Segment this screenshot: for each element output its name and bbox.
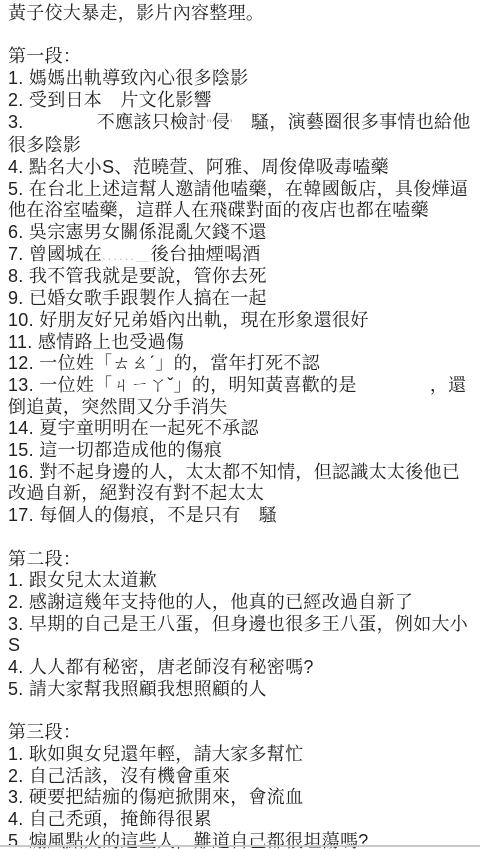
document-title: 黃子佼大暴走，影片內容整理。 — [8, 3, 474, 25]
text-line: 4. 點名大小S、范曉萱、阿雅、周俊偉吸毒嗑藥 — [8, 157, 474, 179]
text-line: 4. 自己禿頭，掩飾得很累 — [8, 809, 474, 831]
text-segment: 後台抽煙喝酒 — [151, 244, 261, 264]
text-line: 14. 夏宇童明明在一起死不承認 — [8, 418, 474, 440]
text-segment: 1. 耿如與女兒還年輕，請大家多幫忙 — [8, 744, 303, 764]
text-line: 2. 自己活該，沒有機會重來 — [8, 766, 474, 788]
text-segment: 4. 點名大小S、范曉萱、阿雅、周俊偉吸毒嗑藥 — [8, 157, 389, 177]
text-segment: 12. 一位姓「ㄊㄠˊ」的，當年打死不認 — [8, 353, 320, 373]
text-segment: 4. 人人都有秘密，唐老師沒有秘密嗎? — [8, 657, 314, 677]
text-segment: 4. 自己禿頭，掩飾得很累 — [8, 809, 212, 829]
text-segment: 10. 好朋友好兄弟婚內出軌，現在形象還很好 — [8, 310, 369, 330]
text-line: 2. 受到日本 片文化影響 — [8, 90, 474, 112]
text-line: 5. 在台北上述這幫人邀請他嗑藥，在韓國飯店，具俊燁逼他在浴室嗑藥，這群人在飛碟… — [8, 179, 474, 222]
text-line: 8. 我不管我就是要說，管你去死 — [8, 266, 474, 288]
text-line: 3. 硬要把結痂的傷疤掀開來，會流血 — [8, 787, 474, 809]
text-segment: 2. 自己活該，沒有機會重來 — [8, 766, 230, 786]
text-segment: 1. 媽媽出軌導致內心很多陰影 — [8, 68, 249, 88]
text-line: 6. 吳宗憲男女關係混亂欠錢不還 — [8, 222, 474, 244]
text-segment: 侵 — [212, 112, 230, 132]
text-line: 7. 曾國城在......＿後台抽煙喝酒 — [8, 244, 474, 267]
redacted-text: ......＿ — [102, 248, 151, 263]
section-heading-2: 第二段： — [8, 549, 474, 571]
text-segment: 5. 請大家幫我照顧我想照顧的人 — [8, 679, 267, 699]
text-segment: 11. 感情路上也受過傷 — [8, 332, 184, 352]
text-document: 黃子佼大暴走，影片內容整理。 第一段：1. 媽媽出軌導致內心很多陰影2. 受到日… — [0, 0, 480, 849]
text-line: 1. 媽媽出軌導致內心很多陰影 — [8, 68, 474, 90]
text-line: 9. 已婚女歌手跟製作人搞在一起 — [8, 288, 474, 310]
text-segment: 5. 在台北上述這幫人邀請他嗑藥，在韓國飯店，具俊燁逼他在浴室嗑藥，這群人在飛碟… — [8, 179, 468, 221]
text-segment: 3. 早期的自己是王八蛋，但身邊也很多王八蛋，例如大小S — [8, 614, 468, 656]
text-line: 12. 一位姓「ㄊㄠˊ」的，當年打死不認 — [8, 353, 474, 375]
text-segment: 15. 這一切都造成他的傷痕 — [8, 440, 222, 460]
section-heading-1: 第一段： — [8, 46, 474, 68]
text-segment: 1. 跟女兒太太道歉 — [8, 570, 157, 590]
document-sections: 第一段：1. 媽媽出軌導致內心很多陰影2. 受到日本 片文化影響3. 不應該只檢… — [8, 46, 474, 849]
text-segment: 13. 一位姓「ㄐㄧㄚˇ」的，明知黃喜歡的是 ，還倒追黃，突然間又分手消失 — [8, 375, 466, 417]
text-line: 1. 耿如與女兒還年輕，請大家多幫忙 — [8, 744, 474, 766]
text-segment: 6. 吳宗憲男女關係混亂欠錢不還 — [8, 222, 267, 242]
text-segment: 17. 每個人的傷痕，不是只有 騷 — [8, 505, 277, 525]
section-heading-3: 第三段： — [8, 722, 474, 744]
text-line: 11. 感情路上也受過傷 — [8, 332, 474, 354]
text-line: 2. 感謝這幾年支持他的人，他真的已經改過自新了 — [8, 592, 474, 614]
text-line: 17. 每個人的傷痕，不是只有 騷 — [8, 505, 474, 527]
text-segment: 9. 已婚女歌手跟製作人搞在一起 — [8, 288, 267, 308]
text-segment: 16. 對不起身邊的人，太太都不知情，但認識太太後他已改過自新，絕對沒有對不起太… — [8, 462, 460, 504]
text-line: 1. 跟女兒太太道歉 — [8, 570, 474, 592]
text-segment: 3. 不應該只檢討 — [8, 112, 207, 132]
text-line: 5. 請大家幫我照顧我想照顧的人 — [8, 679, 474, 701]
text-line: 10. 好朋友好兄弟婚內出軌，現在形象還很好 — [8, 310, 474, 332]
text-line: 13. 一位姓「ㄐㄧㄚˇ」的，明知黃喜歡的是 ，還倒追黃，突然間又分手消失 — [8, 375, 474, 418]
text-segment: 2. 受到日本 片文化影響 — [8, 90, 212, 110]
text-line: 3. 不應該只檢討''侵' 騷，演藝圈很多事情也給他很多陰影 — [8, 112, 474, 157]
text-line: 4. 人人都有秘密，唐老師沒有秘密嗎? — [8, 657, 474, 679]
text-segment: 3. 硬要把結痂的傷疤掀開來，會流血 — [8, 787, 303, 807]
bottom-divider — [0, 845, 480, 847]
text-line: 15. 這一切都造成他的傷痕 — [8, 440, 474, 462]
text-segment: 8. 我不管我就是要說，管你去死 — [8, 266, 267, 286]
text-segment: 7. 曾國城在 — [8, 244, 102, 264]
text-segment: 14. 夏宇童明明在一起死不承認 — [8, 418, 259, 438]
text-segment: 2. 感謝這幾年支持他的人，他真的已經改過自新了 — [8, 592, 413, 612]
text-line: 16. 對不起身邊的人，太太都不知情，但認識太太後他已改過自新，絕對沒有對不起太… — [8, 462, 474, 505]
text-line: 3. 早期的自己是王八蛋，但身邊也很多王八蛋，例如大小S — [8, 614, 474, 657]
